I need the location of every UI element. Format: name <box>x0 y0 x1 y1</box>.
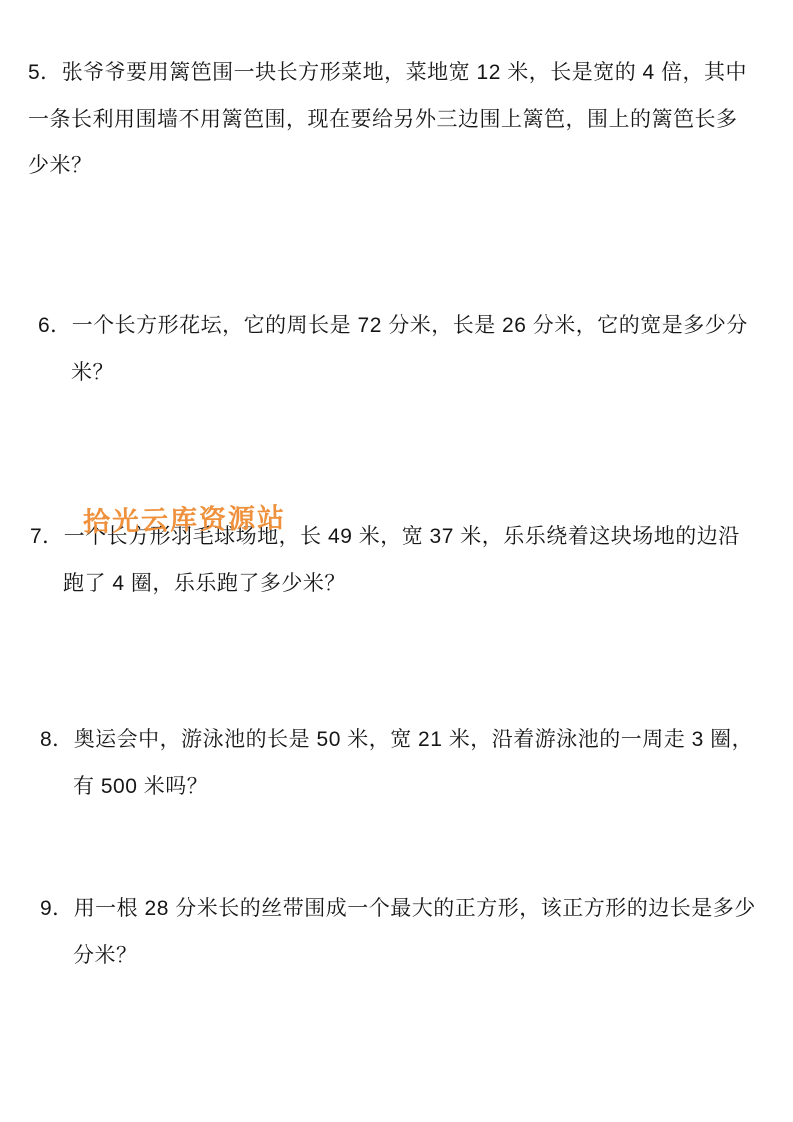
question-number: 9． <box>40 886 74 933</box>
question-6: 6．一个长方形花坛，它的周长是 72 分米，长是 26 分米，它的宽是多少分 米… <box>38 303 748 396</box>
question-line: 分米？ <box>40 933 756 980</box>
question-line: 9．用一根 28 分米长的丝带围成一个最大的正方形，该正方形的边长是多少 <box>40 886 756 933</box>
worksheet-page: 拾光云库资源站 5．张爷爷要用篱笆围一块长方形菜地，菜地宽 12 米，长是宽的 … <box>0 0 793 1122</box>
question-line: 米？ <box>38 350 748 397</box>
question-5: 5．张爷爷要用篱笆围一块长方形菜地，菜地宽 12 米，长是宽的 4 倍，其中 一… <box>28 50 747 190</box>
question-8: 8．奥运会中，游泳池的长是 50 米，宽 21 米，沿着游泳池的一周走 3 圈，… <box>40 717 753 810</box>
question-number: 6． <box>38 303 72 350</box>
question-line: 一条长利用围墙不用篱笆围，现在要给另外三边围上篱笆，围上的篱笆长多 <box>28 97 747 144</box>
question-line: 有 500 米吗？ <box>40 764 753 811</box>
question-line: 少米？ <box>28 143 747 190</box>
question-9: 9．用一根 28 分米长的丝带围成一个最大的正方形，该正方形的边长是多少 分米？ <box>40 886 756 979</box>
question-text: 奥运会中，游泳池的长是 50 米，宽 21 米，沿着游泳池的一周走 3 圈， <box>74 728 753 751</box>
question-line: 跑了 4 圈，乐乐跑了多少米？ <box>30 561 740 608</box>
question-line: 5．张爷爷要用篱笆围一块长方形菜地，菜地宽 12 米，长是宽的 4 倍，其中 <box>28 50 747 97</box>
question-text: 一个长方形花坛，它的周长是 72 分米，长是 26 分米，它的宽是多少分 <box>72 314 748 337</box>
question-text: 用一根 28 分米长的丝带围成一个最大的正方形，该正方形的边长是多少 <box>74 897 756 920</box>
question-line: 6．一个长方形花坛，它的周长是 72 分米，长是 26 分米，它的宽是多少分 <box>38 303 748 350</box>
question-line: 8．奥运会中，游泳池的长是 50 米，宽 21 米，沿着游泳池的一周走 3 圈， <box>40 717 753 764</box>
question-number: 5． <box>28 50 62 97</box>
question-number: 8． <box>40 717 74 764</box>
question-text: 张爷爷要用篱笆围一块长方形菜地，菜地宽 12 米，长是宽的 4 倍，其中 <box>62 61 747 84</box>
site-watermark: 拾光云库资源站 <box>83 496 287 539</box>
question-number: 7． <box>30 514 64 561</box>
